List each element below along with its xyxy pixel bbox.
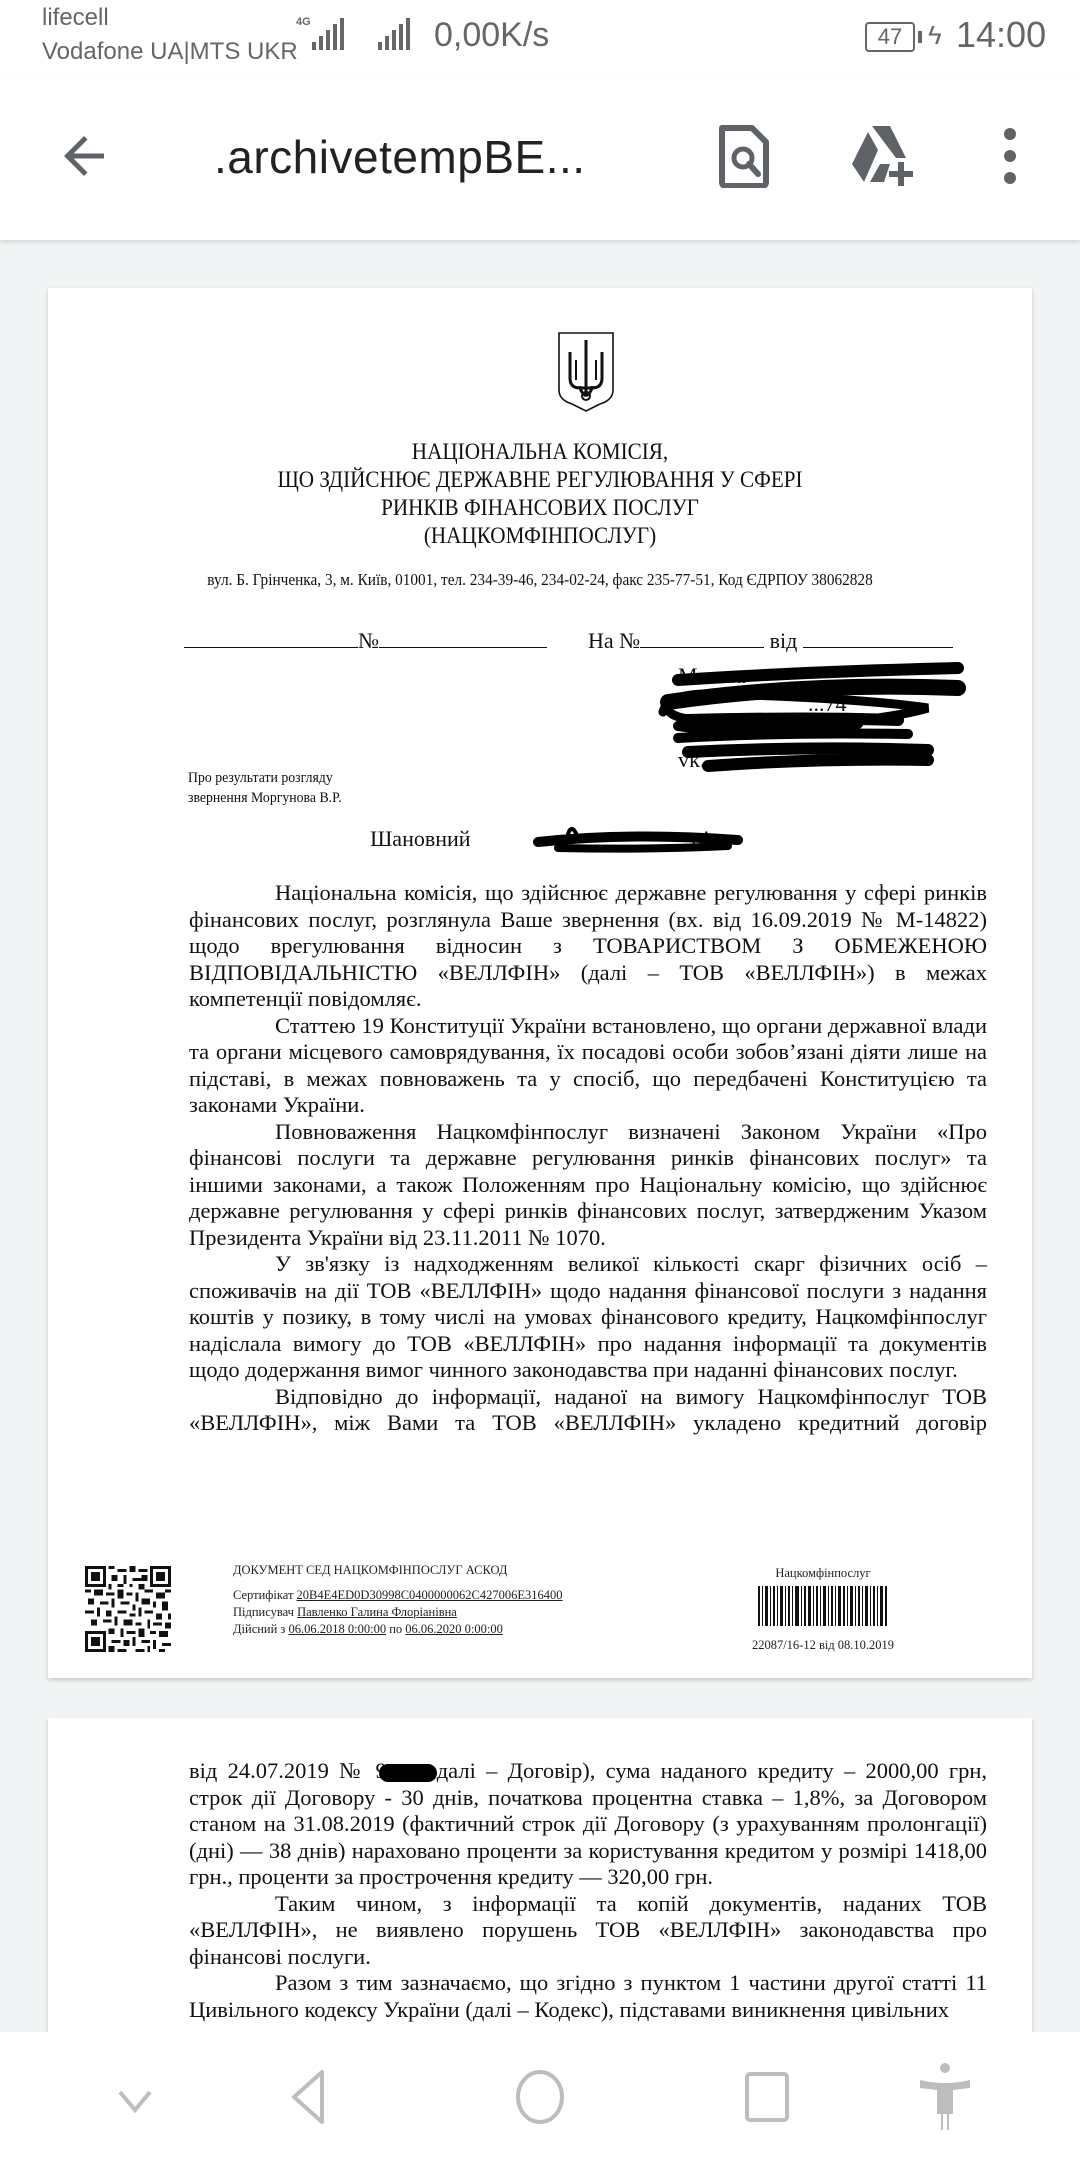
stamp-header: ДОКУМЕНТ СЕД НАЦКОМФІНПОСЛУГ АСКОД: [233, 1562, 563, 1579]
drive-add-icon: [850, 124, 918, 188]
signer-value: Павленко Галина Флоріанівна: [297, 1605, 457, 1619]
salutation-text: Шановний: [370, 826, 470, 851]
organization-header: НАЦІОНАЛЬНА КОМІСІЯ, ЩО ЗДІЙСНЮЄ ДЕРЖАВН…: [87, 438, 992, 550]
qr-code: [85, 1566, 171, 1652]
document-viewer[interactable]: НАЦІОНАЛЬНА КОМІСІЯ, ЩО ЗДІЙСНЮЄ ДЕРЖАВН…: [0, 240, 1080, 2032]
charging-icon: ϟ: [928, 20, 942, 51]
from-label: від: [770, 628, 798, 653]
recents-square-icon: [733, 2062, 803, 2132]
arrow-left-icon: [54, 126, 114, 186]
clock: 14:00: [956, 14, 1046, 56]
nav-back-button[interactable]: [274, 2062, 344, 2132]
registration-barcode: Нацкомфінпослуг 22087/16-12 від 08.10.20…: [738, 1566, 908, 1653]
number-label: №: [358, 628, 379, 653]
organization-address: вул. Б. Грінченка, 3, м. Київ, 01001, те…: [97, 570, 983, 590]
signer-row: Підписувач Павленко Галина Флоріанівна: [233, 1604, 563, 1621]
app-toolbar: .archivetempBE...: [0, 76, 1080, 240]
back-button[interactable]: [54, 126, 114, 186]
letter-body: Національна комісія, що здійснює державн…: [189, 880, 987, 1437]
barcode-title: Нацкомфінпослуг: [738, 1566, 908, 1581]
add-to-drive-button[interactable]: [850, 124, 914, 188]
valid-to-label: по: [389, 1622, 402, 1636]
registration-number: 22087/16-12 від 08.10.2019: [738, 1638, 908, 1653]
signal-icon-2: [378, 16, 410, 50]
battery-icon: 47: [865, 22, 915, 52]
nav-recents-button[interactable]: [733, 2062, 803, 2132]
system-navigation-bar: [0, 2032, 1080, 2160]
paragraph: Разом з тим зазначаємо, що згідно з пунк…: [189, 1970, 987, 2023]
more-options-button[interactable]: [990, 124, 1030, 188]
org-line: РИНКІВ ФІНАНСОВИХ ПОСЛУГ: [87, 494, 992, 522]
outgoing-number-field: №: [184, 628, 547, 654]
network-type: 4G: [296, 16, 311, 28]
battery-tip: [918, 31, 922, 43]
org-line: (НАЦКОМФІНПОСЛУГ): [87, 522, 992, 550]
paragraph: Національна комісія, що здійснює державн…: [189, 880, 987, 1013]
valid-from: 06.06.2018 0:00:00: [289, 1622, 387, 1636]
file-title: .archivetempBE...: [214, 130, 586, 184]
validity-row: Дійсний з 06.06.2018 0:00:00 по 06.06.20…: [233, 1621, 563, 1638]
org-line: ЩО ЗДІЙСНЮЄ ДЕРЖАВНЕ РЕГУЛЮВАННЯ У СФЕРІ: [87, 466, 992, 494]
more-vert-icon: [990, 124, 1030, 188]
document-search-icon: [712, 124, 776, 188]
carrier-primary: lifecell: [42, 4, 109, 32]
nav-home-button[interactable]: [505, 2062, 575, 2132]
document-page-2: від 24.07.2019 № 9далі – Договір), сума …: [48, 1718, 1032, 2032]
status-bar: lifecell Vodafone UA|MTS UKR 4G 0,00K/s …: [0, 0, 1080, 76]
org-line: НАЦІОНАЛЬНА КОМІСІЯ,: [87, 438, 992, 466]
valid-label: Дійсний з: [233, 1622, 285, 1636]
home-circle-icon: [505, 2062, 575, 2132]
contract-ref: від 24.07.2019 № 9: [189, 1758, 387, 1783]
reply-number-field: На № від: [588, 628, 953, 654]
letter-body-continued: від 24.07.2019 № 9далі – Договір), сума …: [189, 1758, 987, 2023]
redaction-scribble: [528, 820, 748, 860]
carrier-secondary: Vodafone UA|MTS UKR: [42, 38, 298, 66]
signal-icon: [312, 16, 344, 50]
barcode: [758, 1586, 888, 1626]
chevron-down-icon: [100, 2062, 170, 2132]
letter-subject: Про результати розгляду звернення Моргун…: [188, 768, 342, 808]
data-speed: 0,00K/s: [434, 16, 549, 55]
certificate-info: ДОКУМЕНТ СЕД НАЦКОМФІНПОСЛУГ АСКОД Серти…: [233, 1562, 563, 1638]
coat-of-arms-icon: [556, 330, 616, 414]
paragraph: від 24.07.2019 № 9далі – Договір), сума …: [189, 1758, 987, 1891]
paragraph: Повноваження Нацкомфінпослуг визначені З…: [189, 1119, 987, 1252]
accessibility-button[interactable]: [910, 2062, 980, 2132]
document-page-1: НАЦІОНАЛЬНА КОМІСІЯ, ЩО ЗДІЙСНЮЄ ДЕРЖАВН…: [48, 288, 1032, 1678]
back-triangle-icon: [274, 2062, 344, 2132]
reply-label: На №: [588, 628, 640, 653]
electronic-signature-stamp: ДОКУМЕНТ СЕД НАЦКОМФІНПОСЛУГ АСКОД Серти…: [48, 1556, 1032, 1656]
recipient-block-redacted: М... ...а ...74 ... vk...: [658, 662, 978, 772]
valid-to: 06.06.2020 0:00:00: [405, 1622, 503, 1636]
accessibility-icon: [910, 2062, 980, 2132]
paragraph: Статтею 19 Конституції України встановле…: [189, 1013, 987, 1119]
find-in-document-button[interactable]: [712, 124, 776, 188]
paragraph: У зв'язку із надходженням великої кілько…: [189, 1251, 987, 1384]
cert-label: Сертифікат: [233, 1588, 293, 1602]
paragraph: Відповідно до інформації, наданої на вим…: [189, 1384, 987, 1437]
redaction-scribble: [379, 1764, 437, 1782]
hide-nav-button[interactable]: [100, 2062, 170, 2132]
signer-label: Підписувач: [233, 1605, 294, 1619]
paragraph: Таким чином, з інформації та копій докум…: [189, 1891, 987, 1971]
subject-line: Про результати розгляду: [188, 768, 342, 788]
certificate-row: Сертифікат 20B4E4ED0D30998C0400000062C42…: [233, 1587, 563, 1604]
cert-value: 20B4E4ED0D30998C0400000062C427006E316400: [297, 1588, 563, 1602]
redaction-scribble: [658, 662, 978, 782]
subject-line: звернення Моргунова В.Р.: [188, 788, 342, 808]
